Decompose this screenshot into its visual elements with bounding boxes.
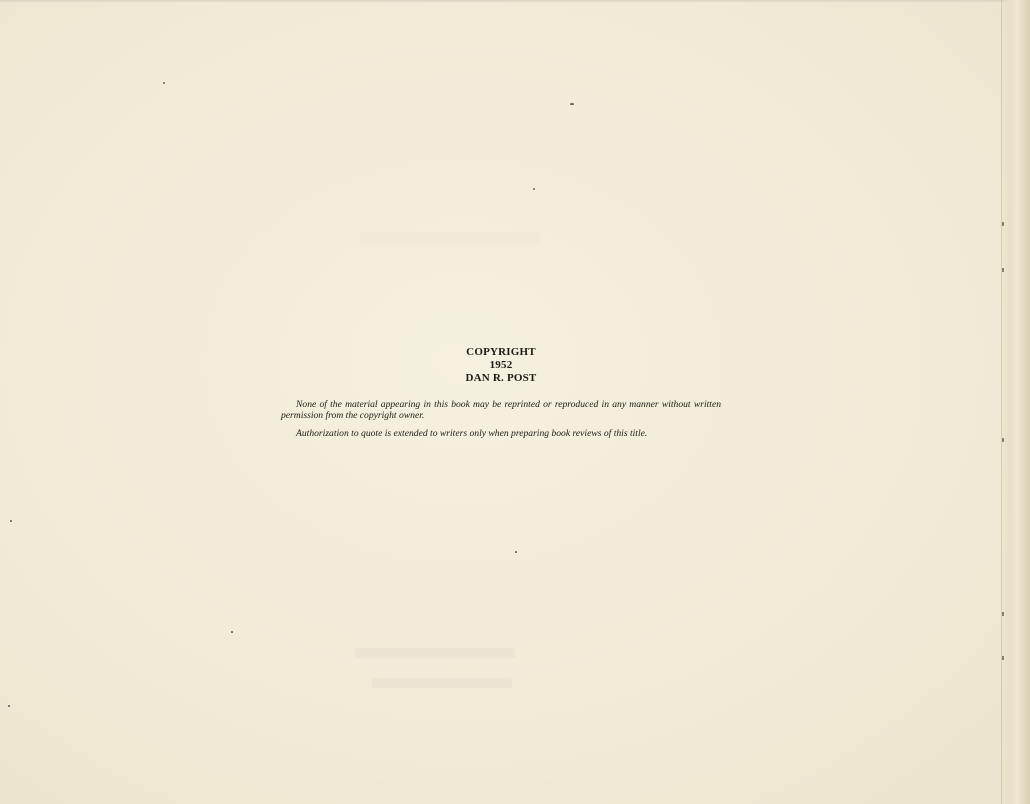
page-fold-line bbox=[1001, 0, 1002, 804]
dust-speck bbox=[570, 103, 574, 105]
dust-speck bbox=[231, 631, 233, 633]
copyright-year: 1952 bbox=[281, 359, 721, 372]
binding-mark bbox=[1002, 438, 1004, 442]
dust-speck bbox=[533, 188, 535, 190]
page-right-edge bbox=[1000, 0, 1030, 804]
show-through-smudge bbox=[360, 232, 540, 244]
copyright-heading: COPYRIGHT bbox=[281, 346, 721, 359]
page-top-edge bbox=[0, 0, 1030, 3]
binding-mark bbox=[1002, 656, 1004, 660]
copyright-block: COPYRIGHT 1952 DAN R. POST None of the m… bbox=[281, 346, 721, 440]
show-through-smudge bbox=[372, 678, 512, 688]
paper-page: COPYRIGHT 1952 DAN R. POST None of the m… bbox=[0, 0, 1030, 804]
dust-speck bbox=[8, 705, 10, 707]
show-through-smudge bbox=[355, 648, 515, 658]
quotation-notice: Authorization to quote is extended to wr… bbox=[281, 429, 721, 440]
binding-mark bbox=[1002, 222, 1004, 226]
copyright-owner: DAN R. POST bbox=[281, 372, 721, 385]
dust-speck bbox=[10, 520, 12, 522]
dust-speck bbox=[163, 82, 165, 84]
dust-speck bbox=[515, 551, 517, 553]
binding-mark bbox=[1002, 268, 1004, 272]
reproduction-notice: None of the material appearing in this b… bbox=[281, 400, 721, 421]
binding-mark bbox=[1002, 612, 1004, 616]
